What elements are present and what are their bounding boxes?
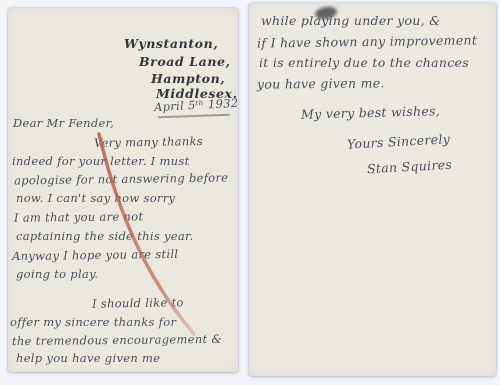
body-line: it is entirely due to the chances [259,55,469,70]
body-line: while playing under you, & [261,13,441,28]
body-line: offer my sincere thanks for [10,315,176,329]
letterhead-line-3: Hampton, [151,71,225,86]
body-line: now. I can't say how sorry [16,191,175,205]
letterhead-line-2: Broad Lane, [139,54,231,69]
date-underline-flourish [158,114,230,118]
letter-page-two: while playing under you, & if I have sho… [249,3,496,376]
body-line: the tremendous encouragement & [12,332,222,348]
letterhead-line-1: Wynstanton, [124,36,218,51]
body-line: help you have given me [16,351,160,365]
body-line: apologise for not answering before [14,171,229,188]
body-line: if I have shown any improvement [257,32,477,50]
well-wishes-line: My very best wishes, [301,103,440,122]
letter-date: April 5ᵗʰ 1932 [154,96,239,114]
letter-page-one: Wynstanton, Broad Lane, Hampton, Middles… [8,8,238,372]
body-line: I am that you are not [14,209,143,224]
body-line: indeed for your letter. I must [12,154,190,168]
valediction: Yours Sincerely [347,131,451,151]
signature: Stan Squires [367,157,453,176]
body-line: you have given me. [257,75,385,91]
body-line: I should like to [92,295,184,311]
body-line: captaining the side this year. [16,229,194,243]
body-line: Very many thanks [94,134,203,150]
body-line: going to play. [16,267,98,281]
salutation: Dear Mr Fender, [13,116,114,130]
letter-scan: Wynstanton, Broad Lane, Hampton, Middles… [0,0,500,385]
body-line: Anyway I hope you are still [12,247,179,263]
